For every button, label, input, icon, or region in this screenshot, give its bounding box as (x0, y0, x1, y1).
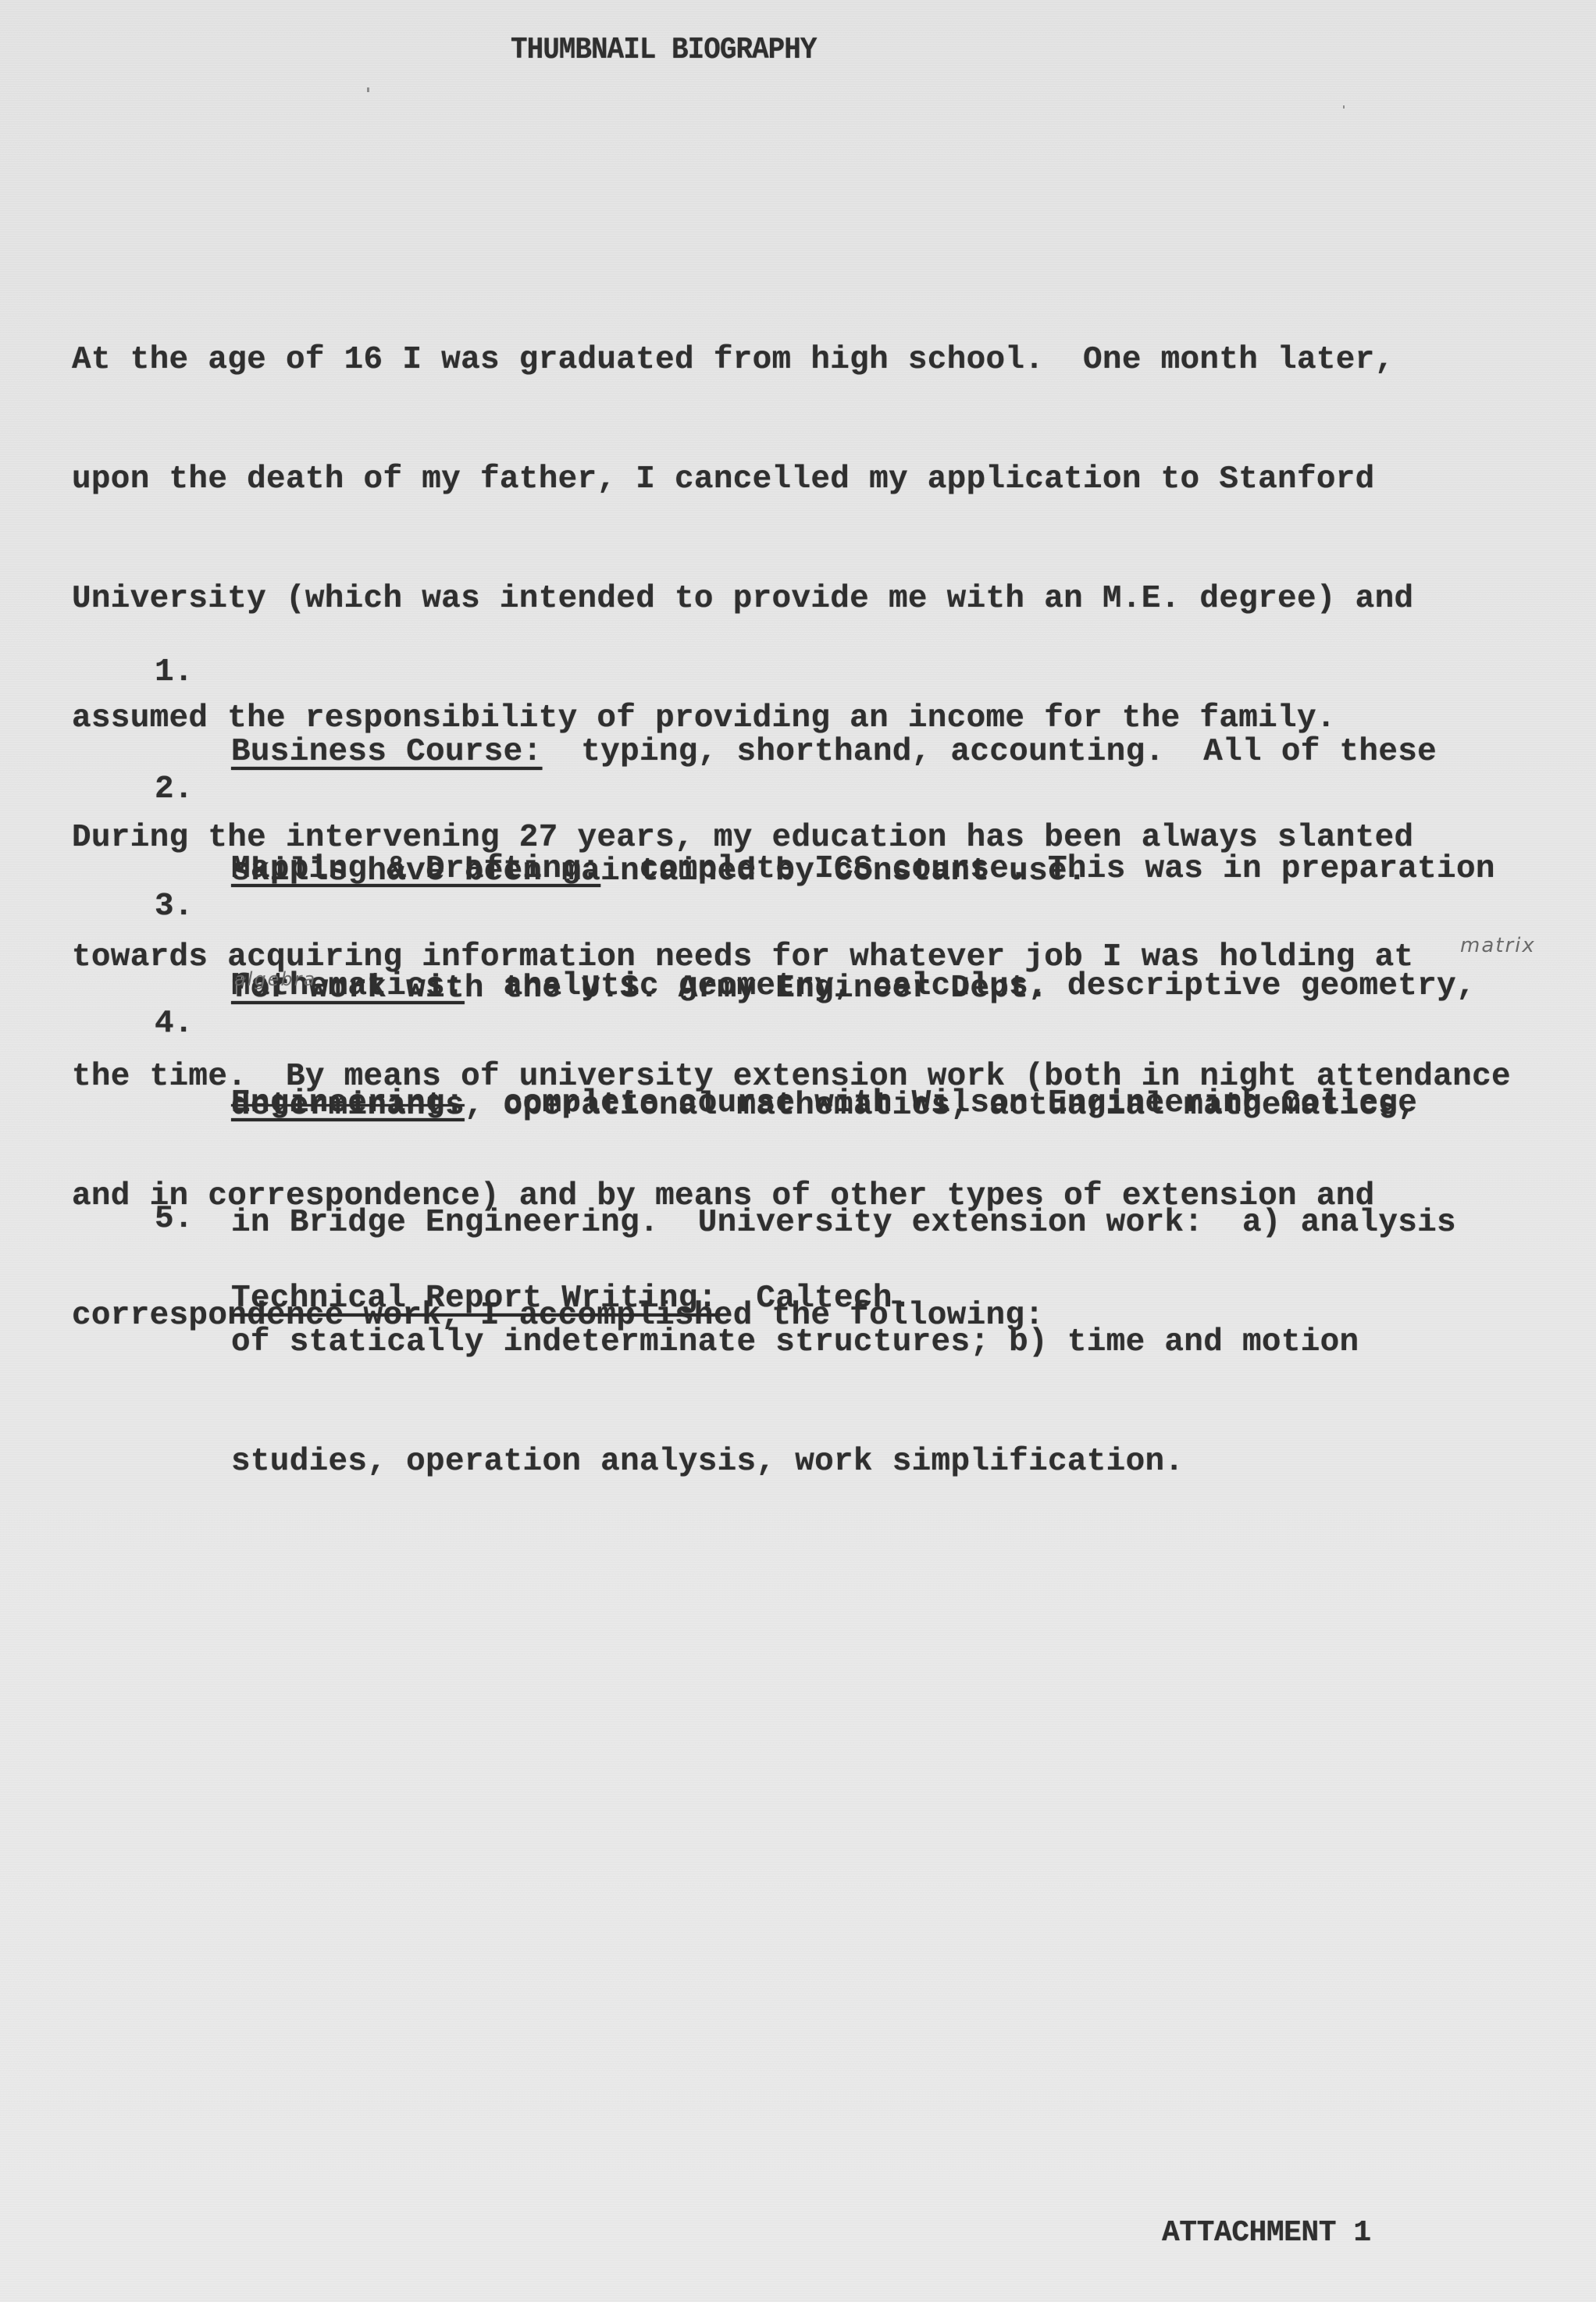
item-number: 4. (155, 1004, 194, 1044)
handwritten-annotation: algebra (234, 968, 316, 990)
item-number: 5. (155, 1199, 194, 1239)
item-heading: Mapping & Drafting: (231, 851, 600, 887)
list-item-technical-report-writing: 5. Technical Report Writing: Caltech. (155, 1199, 233, 1359)
list-item-engineering: 4. Engineering: complete course with Wil… (155, 1004, 233, 1163)
item-heading: Business Course: (231, 734, 542, 770)
item-text: analytic geometry, calculus, descriptive… (465, 968, 1476, 1004)
intro-line: upon the death of my father, I cancelled… (72, 460, 1511, 500)
item-text: Caltech. (718, 1281, 912, 1317)
intro-line: At the age of 16 I was graduated from hi… (72, 340, 1511, 380)
paper-page: THUMBNAIL BIOGRAPHY At the age of 16 I w… (0, 0, 1596, 2302)
item-heading: Technical Report Writing: (231, 1281, 718, 1317)
item-text: complete ICS course. This was in prepara… (600, 851, 1495, 887)
item-text: studies, operation analysis, work simpli… (231, 1442, 1456, 1482)
handwritten-annotation: matrix (1460, 934, 1536, 957)
attachment-label: ATTACHMENT 1 (1162, 2213, 1371, 2253)
item-heading: Engineering: (231, 1085, 465, 1121)
paper-speck (367, 87, 369, 92)
document-title: THUMBNAIL BIOGRAPHY (511, 28, 816, 71)
item-number: 2. (155, 770, 194, 810)
item-text: complete course with Wilson Engineering … (465, 1085, 1417, 1121)
item-number: 1. (155, 653, 194, 693)
paper-speck (1343, 105, 1345, 109)
item-text: typing, shorthand, accounting. All of th… (542, 734, 1437, 770)
intro-line: University (which was intended to provid… (72, 579, 1511, 619)
item-number: 3. (155, 887, 194, 927)
